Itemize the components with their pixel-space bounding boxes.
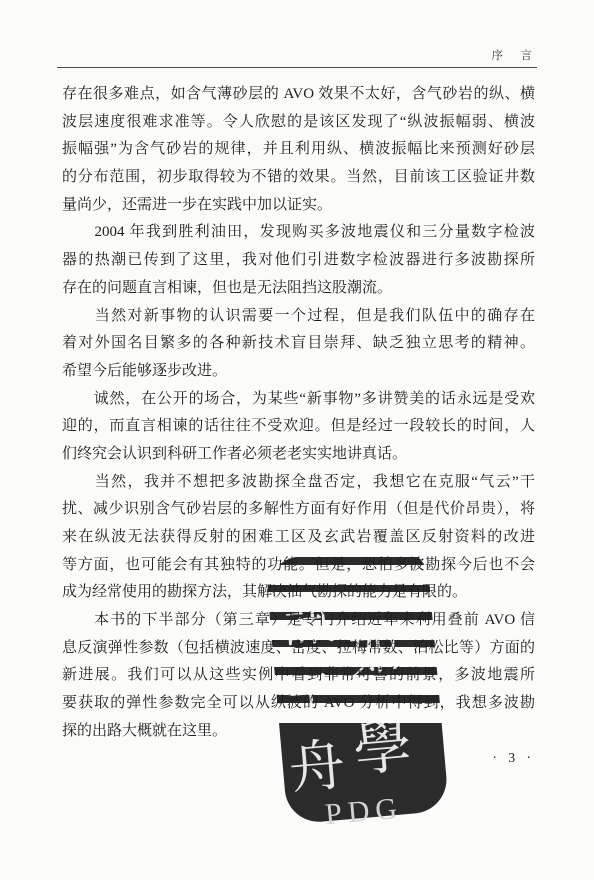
text-line: 要获取的弹性参数完全可以从纵波的 AVO 分析中得到，我想多波勘	[62, 690, 535, 718]
text-line: 器的热潮已传到了这里，我对他们引进数字检波器进行多波勘探所	[62, 247, 535, 275]
header-rule	[57, 67, 537, 68]
text-line: 们终究会认识到科研工作者必须老老实实地讲真话。	[62, 441, 535, 469]
text-line: 存在的问题直言相谏，但也是无法阻挡这股潮流。	[62, 275, 535, 303]
text-line: 等方面，也可能会有其独特的功能。但是，恐怕多波勘探今后也不会	[62, 552, 535, 580]
text-line: 扰、减少识别含气砂岩层的多解性方面有好作用（但是代价昂贵），将	[62, 496, 535, 524]
text-line: 来在纵波无法获得反射的困难工区及玄武岩覆盖区反射资料的改进	[62, 524, 535, 552]
stamp-pdg-label: PDG	[324, 792, 405, 832]
scanned-book-page: 序 言 存在很多难点，如含气薄砂层的 AVO 效果不太好，含气砂岩的纵、横波层速…	[0, 0, 594, 880]
text-line: 迎的，而直言相谏的话往往不受欢迎。但是经过一段较长的时间，人	[62, 413, 535, 441]
text-line: 当然，我并不想把多波勘探全盘否定，我想它在克服“气云”干	[62, 469, 535, 497]
text-line: 希望今后能够逐步改进。	[62, 358, 535, 386]
body-text: 存在很多难点，如含气薄砂层的 AVO 效果不太好，含气砂岩的纵、横波层速度很难求…	[62, 81, 535, 746]
text-line: 振幅强”为含气砂岩的规律，并且利用纵、横波振幅比来预测好砂层	[62, 136, 535, 164]
text-line: 的分布范围，初步取得较为不错的效果。当然，目前该工区验证井数	[62, 164, 535, 192]
text-line: 波层速度很难求准等。令人欣慰的是该区发现了“纵波振幅弱、横波	[62, 109, 535, 137]
text-line: 着对外国名目繁多的各种新技术盲目崇拜、缺乏独立思考的精神。	[62, 330, 535, 358]
text-line: 本书的下半部分（第三章）是专门介绍近年来利用叠前 AVO 信	[62, 607, 535, 635]
text-line: 探的出路大概就在这里。	[62, 718, 535, 746]
page-number: · 3 ·	[57, 750, 535, 766]
text-line: 成为经常使用的勘探方法，其解决油气勘探的能力是有限的。	[62, 579, 535, 607]
text-line: 2004 年我到胜利油田，发现购买多波地震仪和三分量数字检波	[62, 219, 535, 247]
text-line: 诚然，在公开的场合，为某些“新事物”多讲赞美的话永远是受欢	[62, 386, 535, 414]
text-line: 存在很多难点，如含气薄砂层的 AVO 效果不太好，含气砂岩的纵、横	[62, 81, 535, 109]
text-line: 息反演弹性参数（包括横波速度、密度、拉梅常数、泊松比等）方面的	[62, 635, 535, 663]
page-header-title: 序 言	[57, 47, 535, 63]
text-line: 新进展。我们可以从这些实例中看到非常可喜的前景，多波地震所	[62, 662, 535, 690]
text-line: 当然对新事物的认识需要一个过程，但是我们队伍中的确存在	[62, 303, 535, 331]
text-line: 量尚少，还需进一步在实践中加以证实。	[62, 192, 535, 220]
